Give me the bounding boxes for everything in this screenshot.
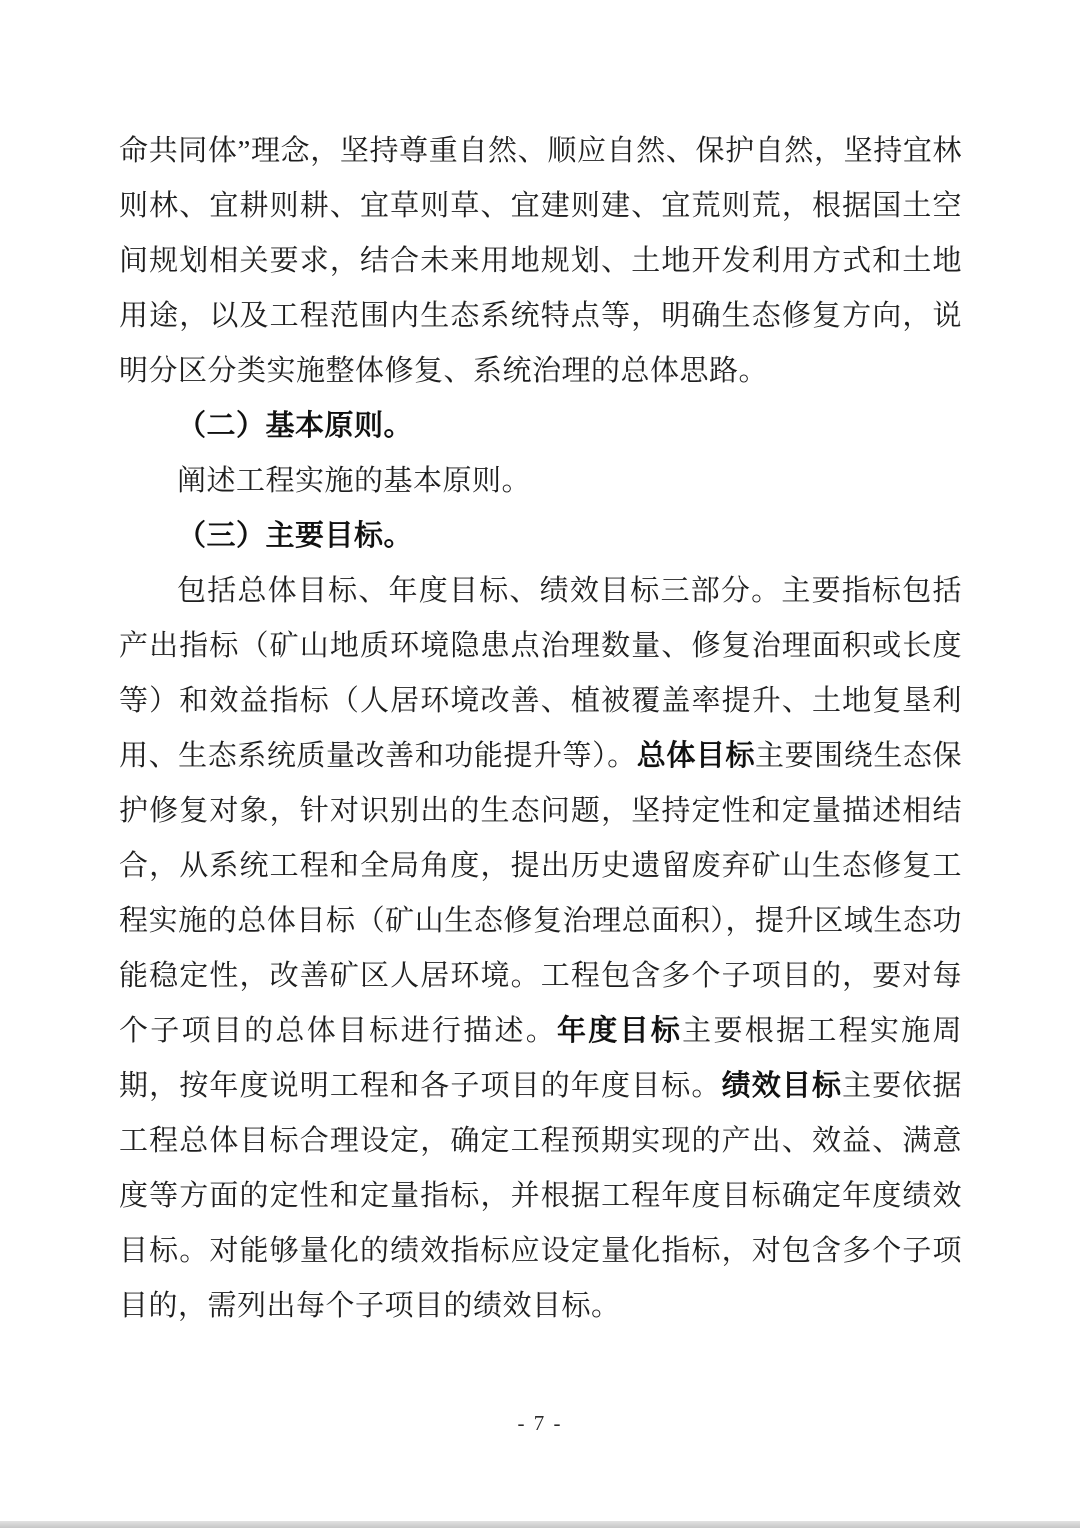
section-heading-basic-principles: （二）基本原则。: [119, 399, 962, 454]
section-heading-main-goals: （三）主要目标。: [119, 509, 962, 564]
document-page: 命共同体”理念，坚持尊重自然、顺应自然、保护自然，坚持宜林则林、宜耕则耕、宜草则…: [0, 0, 1080, 1528]
page-number: - 7 -: [0, 1408, 1080, 1438]
paragraph-main-goals: 包括总体目标、年度目标、绩效目标三部分。主要指标包括产出指标（矿山地质环境隐患点…: [119, 564, 962, 1334]
text-run: 主要依据工程总体目标合理设定，确定工程预期实现的产出、效益、满意度等方面的定性和…: [119, 1070, 962, 1322]
paragraph-continuation: 命共同体”理念，坚持尊重自然、顺应自然、保护自然，坚持宜林则林、宜耕则耕、宜草则…: [119, 124, 962, 399]
term-performance-goal: 绩效目标: [722, 1070, 843, 1102]
document-body: 命共同体”理念，坚持尊重自然、顺应自然、保护自然，坚持宜林则林、宜耕则耕、宜草则…: [119, 124, 962, 1334]
text-run: 主要围绕生态保护修复对象，针对识别出的生态问题，坚持定性和定量描述相结合，从系统…: [119, 740, 962, 1047]
term-overall-goal: 总体目标: [637, 740, 755, 772]
scan-edge: [0, 1521, 1080, 1528]
paragraph-basic-principles: 阐述工程实施的基本原则。: [119, 454, 962, 509]
term-annual-goal: 年度目标: [557, 1015, 682, 1047]
